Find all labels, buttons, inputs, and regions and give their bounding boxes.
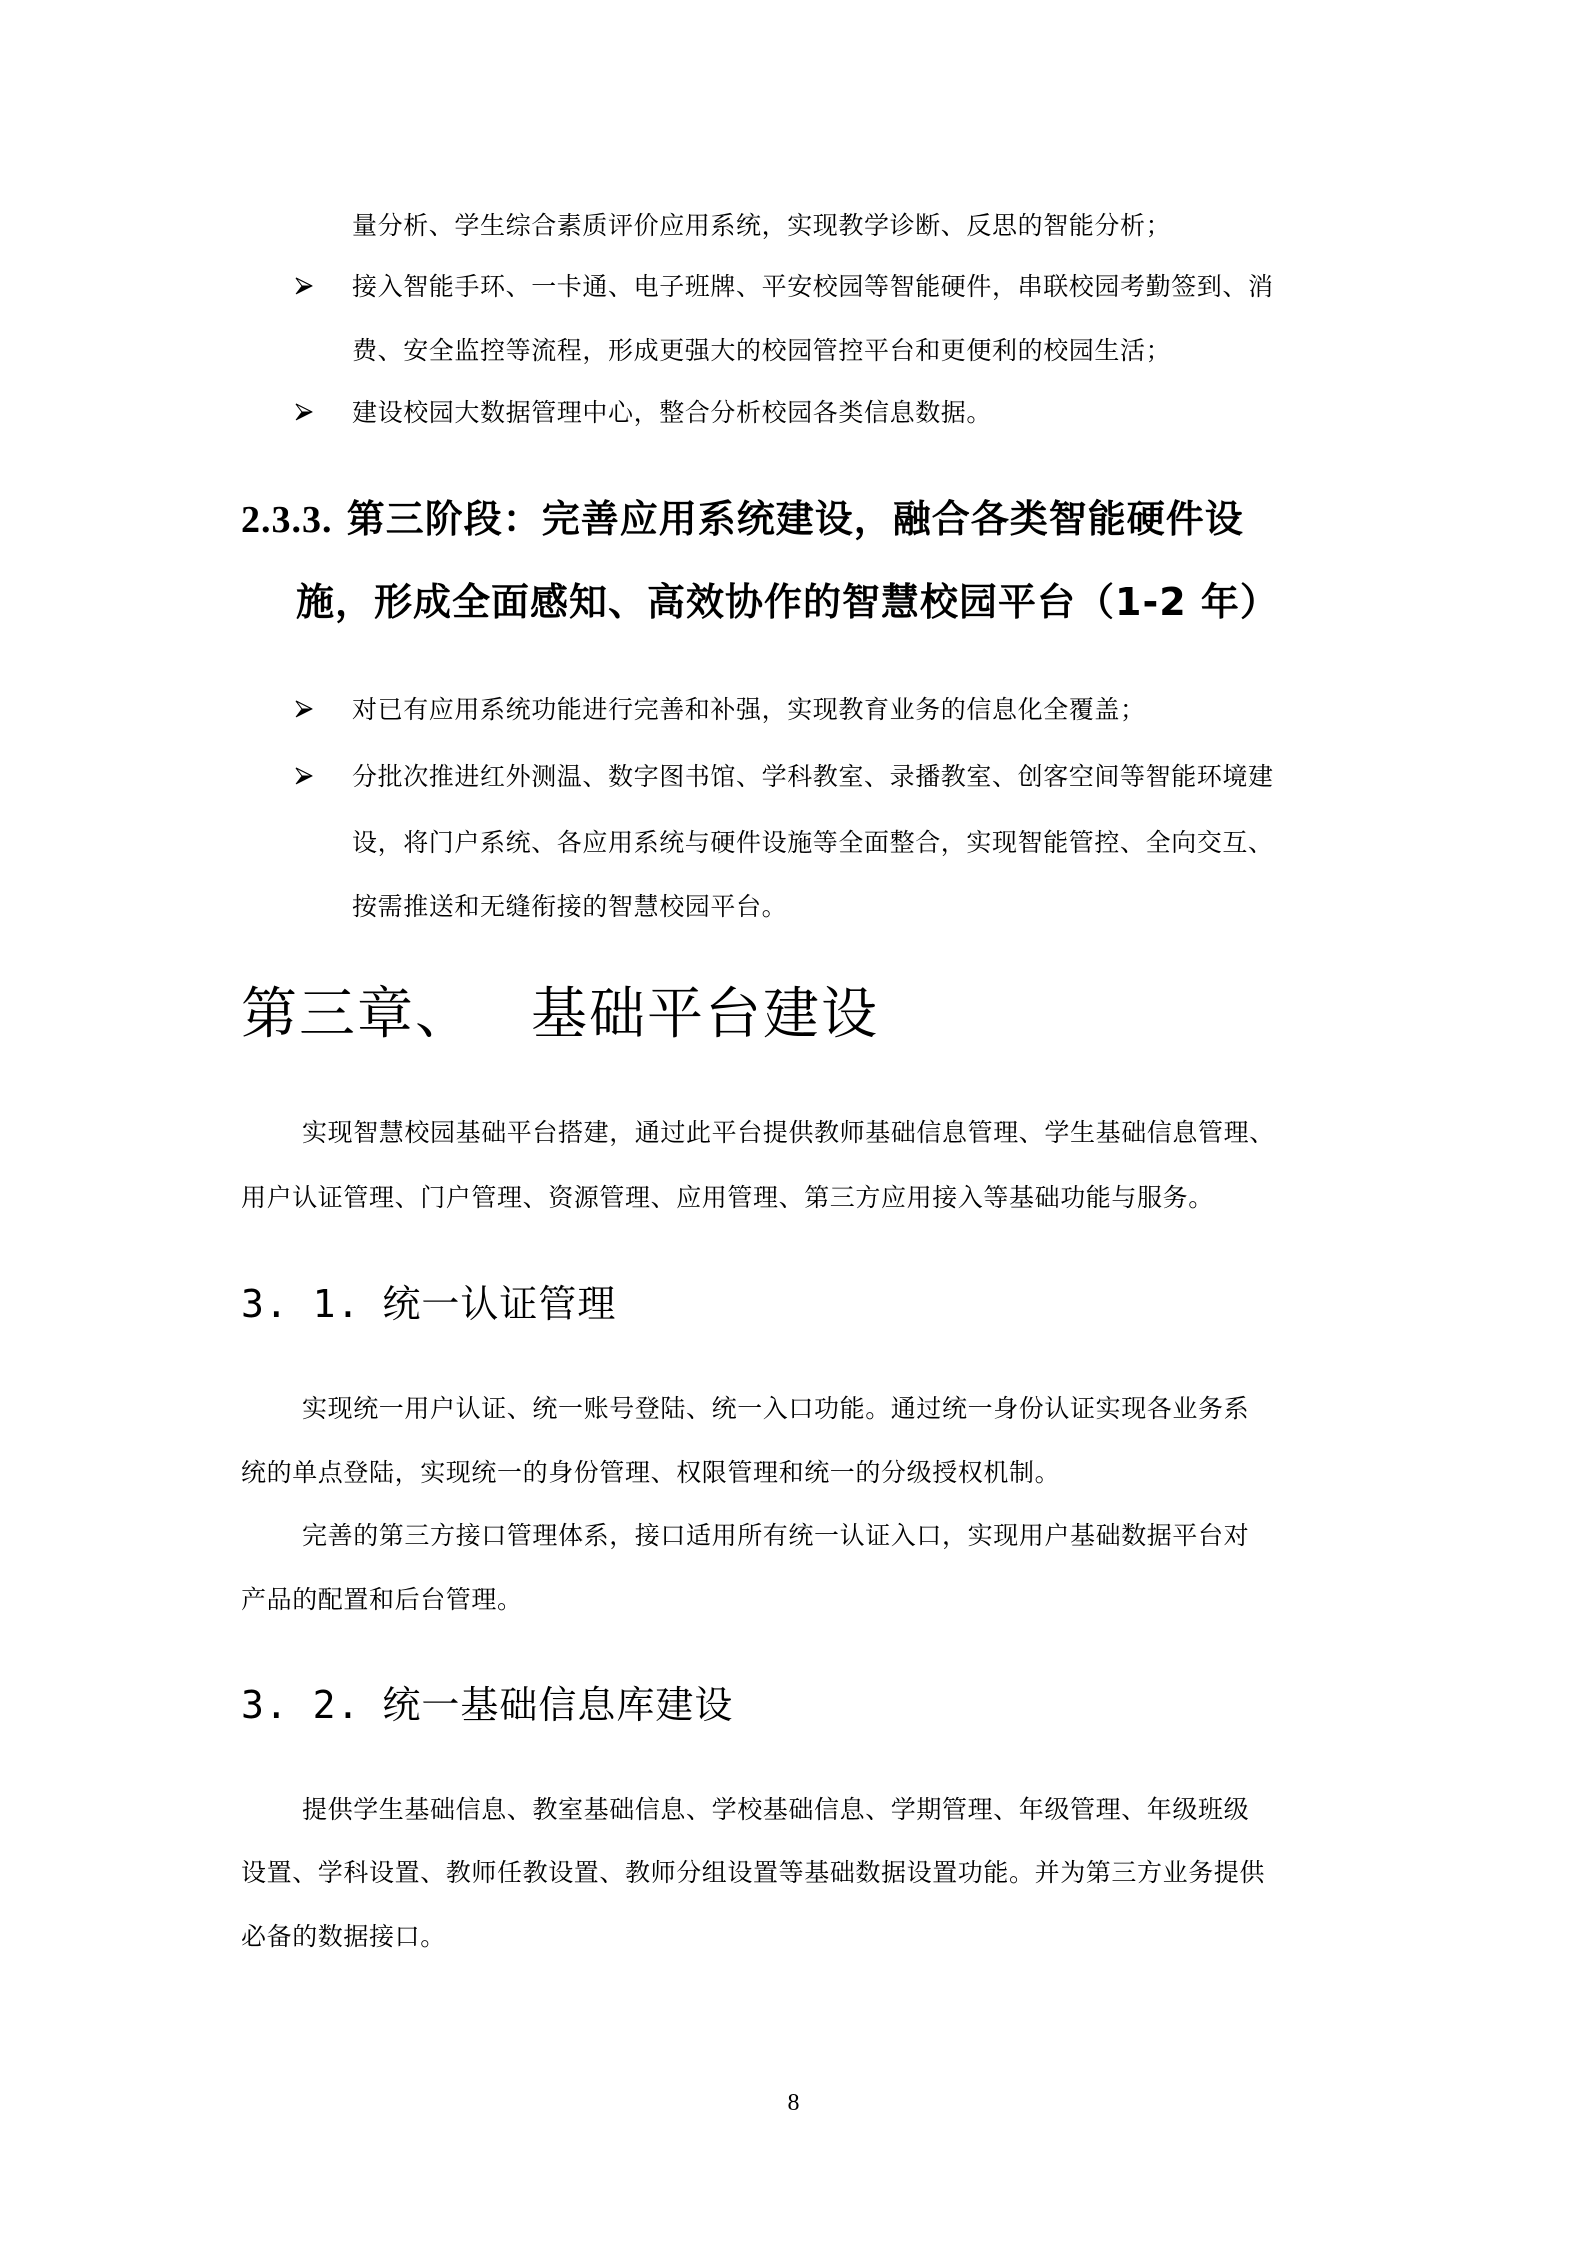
section-heading-3-2: 3. 2.统一基础信息库建设 xyxy=(241,1683,733,1727)
chapter-number: 第三章、 xyxy=(241,982,473,1047)
bullet-text-line: 接入智能手环、一卡通、电子班牌、平安校园等智能硬件，串联校园考勤签到、消 xyxy=(352,272,1274,302)
paragraph-line: 提供学生基础信息、教室基础信息、学校基础信息、学期管理、年级管理、年级班级 xyxy=(302,1795,1249,1825)
bullet-text-line: 费、安全监控等流程，形成更强大的校园管控平台和更便利的校园生活； xyxy=(352,336,1171,366)
arrowhead-bullet-icon xyxy=(294,402,314,422)
document-page: 量分析、学生综合素质评价应用系统，实现教学诊断、反思的智能分析； 接入智能手环、… xyxy=(0,0,1587,2245)
section-title-line1: 第三阶段：完善应用系统建设，融合各类智能硬件设 xyxy=(347,497,1244,541)
paragraph-line: 设置、学科设置、教师任教设置、教师分组设置等基础数据设置功能。并为第三方业务提供 xyxy=(241,1858,1265,1888)
continuation-line: 量分析、学生综合素质评价应用系统，实现教学诊断、反思的智能分析； xyxy=(352,211,1171,241)
section-heading-2-3-3: 2.3.3. 第三阶段：完善应用系统建设，融合各类智能硬件设 xyxy=(241,497,1244,542)
paragraph-line: 实现智慧校园基础平台搭建，通过此平台提供教师基础信息管理、学生基础信息管理、 xyxy=(302,1118,1275,1148)
section-title-line2: 施，形成全面感知、高效协作的智慧校园平台（1-2 年） xyxy=(296,580,1279,624)
page-number: 8 xyxy=(0,2090,1587,2117)
section-heading-3-1: 3. 1.统一认证管理 xyxy=(241,1282,616,1326)
section-title: 统一认证管理 xyxy=(382,1282,616,1326)
bullet-text-line: 设，将门户系统、各应用系统与硬件设施等全面整合，实现智能管控、全向交互、 xyxy=(352,828,1274,858)
paragraph-line: 用户认证管理、门户管理、资源管理、应用管理、第三方应用接入等基础功能与服务。 xyxy=(241,1183,1214,1213)
section-title: 统一基础信息库建设 xyxy=(382,1683,733,1727)
bullet-text-line: 建设校园大数据管理中心，整合分析校园各类信息数据。 xyxy=(352,398,992,428)
chapter-title: 基础平台建设 xyxy=(531,982,879,1047)
arrowhead-bullet-icon xyxy=(294,699,314,719)
section-number: 3. 1. xyxy=(241,1282,360,1326)
bullet-text-line: 对已有应用系统功能进行完善和补强，实现教育业务的信息化全覆盖； xyxy=(352,695,1146,725)
arrowhead-bullet-icon xyxy=(294,276,314,296)
arrowhead-bullet-icon xyxy=(294,766,314,786)
paragraph-line: 统的单点登陆，实现统一的身份管理、权限管理和统一的分级授权机制。 xyxy=(241,1458,1060,1488)
section-number: 2.3.3. xyxy=(241,499,333,541)
bullet-text-line: 按需推送和无缝衔接的智慧校园平台。 xyxy=(352,892,787,922)
section-heading-2-3-3-cont: 施，形成全面感知、高效协作的智慧校园平台（1-2 年） xyxy=(296,580,1279,624)
paragraph-line: 实现统一用户认证、统一账号登陆、统一入口功能。通过统一身份认证实现各业务系 xyxy=(302,1394,1249,1424)
paragraph-line: 完善的第三方接口管理体系，接口适用所有统一认证入口，实现用户基础数据平台对 xyxy=(302,1521,1249,1551)
paragraph-line: 产品的配置和后台管理。 xyxy=(241,1585,523,1615)
section-number: 3. 2. xyxy=(241,1683,360,1727)
bullet-text-line: 分批次推进红外测温、数字图书馆、学科教室、录播教室、创客空间等智能环境建 xyxy=(352,762,1274,792)
paragraph-line: 必备的数据接口。 xyxy=(241,1922,446,1952)
chapter-heading: 第三章、基础平台建设 xyxy=(241,983,879,1047)
